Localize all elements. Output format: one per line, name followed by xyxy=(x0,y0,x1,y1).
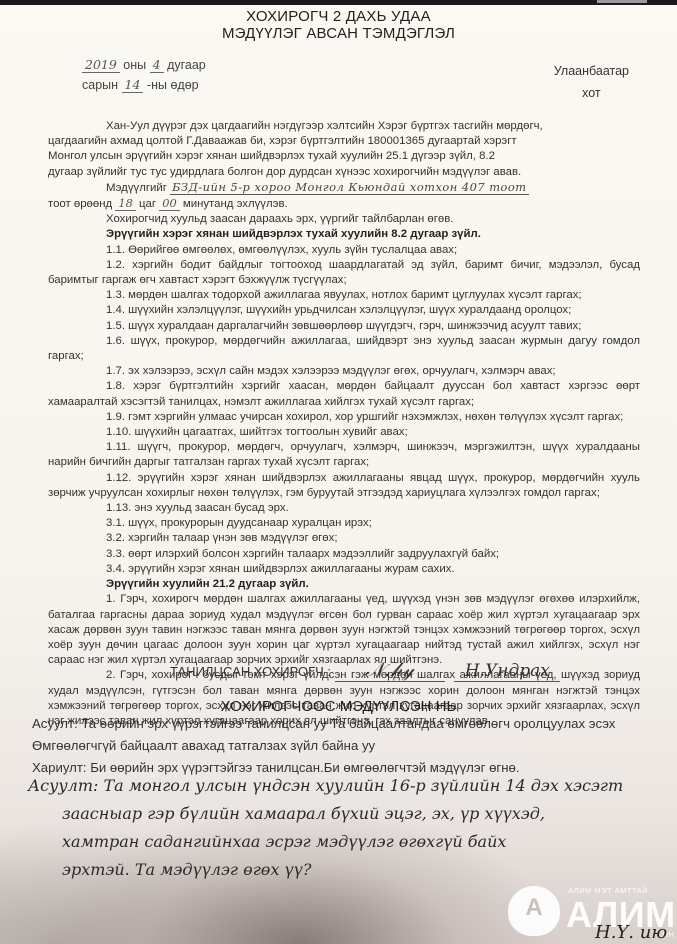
bottom-initials: Н.Ү. ию xyxy=(595,922,667,943)
date-month-suffix: дугаар xyxy=(167,58,206,72)
time-line: тоот өрөөнд 18 цаг 00 минутанд эхлүүлэв. xyxy=(48,196,640,212)
right-item: 1.6. шүүх, прокурор, мөрдөгчийн ажиллага… xyxy=(48,334,640,364)
location-line: Мэдүүлгийг БЗД-ийн 5-р хороо Монгол Кьюн… xyxy=(48,180,640,196)
right-item: 1.1. Өөрийгөө өмгөөлөх, өмгөөлүүлэх, хуу… xyxy=(48,243,640,258)
city-type: хот xyxy=(554,82,629,104)
location-label: Мэдүүлгийг xyxy=(106,182,167,194)
right-item: 1.3. мөрдөн шалгах тодорхой ажиллагаа яв… xyxy=(48,288,640,303)
logo-letter: А xyxy=(508,894,560,922)
right-item: 1.4. шүүхийн хэлэлцүүлэг, шүүхийн урьдчи… xyxy=(48,303,640,318)
right-item: 1.5. шүүх хуралдаан даргалагчийн зөвшөөр… xyxy=(48,319,640,334)
signature-label: ТАНИЛЦСАН ХОХИРОГЧ : xyxy=(170,664,331,679)
top-edge-mark xyxy=(597,0,647,3)
date-day: 14 xyxy=(122,77,144,93)
time-minute: 00 xyxy=(159,196,180,211)
date-block: 2019 оны 4 дугаар сарын 14 -ны өдөр xyxy=(82,55,206,95)
duty-item: 3.4. эрүүгийн хэрэг хянан шийдвэрлэх ажи… xyxy=(48,562,640,577)
intro-line: дугаар зүйлийг тус тус удирдлага болгон … xyxy=(48,165,640,180)
law-heading-8-2: Эрүүгийн хэрэг хянан шийдвэрлэх тухай ху… xyxy=(48,227,640,242)
handwritten-question: Асуулт: Та монгол улсын үндсэн хуулийн 1… xyxy=(28,772,677,884)
handwritten-line: Асуулт: Та монгол улсын үндсэн хуулийн 1… xyxy=(28,772,677,800)
handwritten-line: заасныар гэр бүлийн хамаарал бүхий эцэг,… xyxy=(28,800,677,828)
date-year: 2019 xyxy=(82,57,120,73)
duty-item: 3.3. өөрт илэрхий болсон хэргийн талаарх… xyxy=(48,547,640,562)
date-month: 4 xyxy=(150,57,164,73)
duty-item: 3.2. хэргийн талаар үнэн зөв мэдүүлэг өг… xyxy=(48,531,640,546)
top-edge-shadow xyxy=(0,0,677,5)
document-page: ХОХИРОГЧ 2 ДАХЬ УДАА МЭДҮҮЛЭГ АВСАН ТЭМД… xyxy=(0,0,677,944)
intro-line: Монгол улсын эрүүгийн хэрэг хянан шийдвэ… xyxy=(48,149,640,164)
handwritten-line: хамтран садангийнхаа эсрэг мэдүүлэг өгөх… xyxy=(28,828,677,856)
signature-line: ТАНИЛЦСАН ХОХИРОГЧ : 𝒩.𝒽𝓎 Н.Ундрах xyxy=(170,657,560,682)
document-title-line-2: МЭДҮҮЛЭГ АВСАН ТЭМДЭГЛЭЛ xyxy=(0,25,677,42)
location-handwritten: БЗД-ийн 5-р хороо Монгол Кьюндай хотхон … xyxy=(170,180,528,195)
minute-label: минутанд эхлүүлэв. xyxy=(183,198,288,210)
question-answer-block: Асуулт: Та өөрийн эрх үүрэгтэйгээ танилц… xyxy=(32,713,672,779)
duty-item: 3.1. шүүх, прокурорын дуудсанаар хуралца… xyxy=(48,516,640,531)
right-item: 1.13. энэ хуульд заасан бусад эрх. xyxy=(48,501,640,516)
signature-scribble: 𝒩.𝒽𝓎 xyxy=(335,657,445,682)
signature-name: Н.Ундрах xyxy=(454,661,560,682)
date-year-suffix: оны xyxy=(123,58,146,72)
date-day-suffix: -ны өдөр xyxy=(147,78,199,92)
right-item: 1.2. хэргийн бодит байдлыг тогтооход шаа… xyxy=(48,258,640,288)
right-item: 1.7. эх хэлээрээ, эсхүл сайн мэдэх хэлээ… xyxy=(48,364,640,379)
rights-intro: Хохирогчид хуульд заасан дараахь эрх, үү… xyxy=(48,212,640,227)
hour-label: цаг xyxy=(139,198,156,210)
time-prefix: тоот өрөөнд xyxy=(48,198,112,210)
time-hour: 18 xyxy=(115,196,136,211)
right-item: 1.11. шүүгч, прокурор, мөрдөгч, орчуулаг… xyxy=(48,440,640,470)
intro-line: Хан-Уул дүүрэг дэх цагдаагийн нэгдүгээр … xyxy=(48,119,640,134)
right-item: 1.9. гэмт хэргийн улмаас учирсан хохирол… xyxy=(48,410,640,425)
law-heading-21-2: Эрүүгийн хуулийн 21.2 дугаар зүйл. xyxy=(48,577,640,592)
city-block: Улаанбаатар хот xyxy=(554,60,629,104)
right-item: 1.10. шүүхийн цагаатгах, шийтгэх тогтоол… xyxy=(48,425,640,440)
intro-line: цагдаагийн ахмад цолтой Г.Даваажав би, х… xyxy=(48,134,640,149)
question-1: Асуулт: Та өөрийн эрх үүрэгтэйгээ танилц… xyxy=(32,713,672,757)
right-item: 1.12. эрүүгийн хэрэг хянан шийдвэрлэх аж… xyxy=(48,471,640,501)
date-month-prefix: сарын xyxy=(82,78,118,92)
document-title-line-1: ХОХИРОГЧ 2 ДАХЬ УДАА xyxy=(0,8,677,25)
document-body: Хан-Уул дүүрэг дэх цагдаагийн нэгдүгээр … xyxy=(48,119,640,729)
city-name: Улаанбаатар xyxy=(554,60,629,82)
right-item: 1.8. хэрэг бүртгэлтийн хэргийг хаасан, м… xyxy=(48,379,640,409)
